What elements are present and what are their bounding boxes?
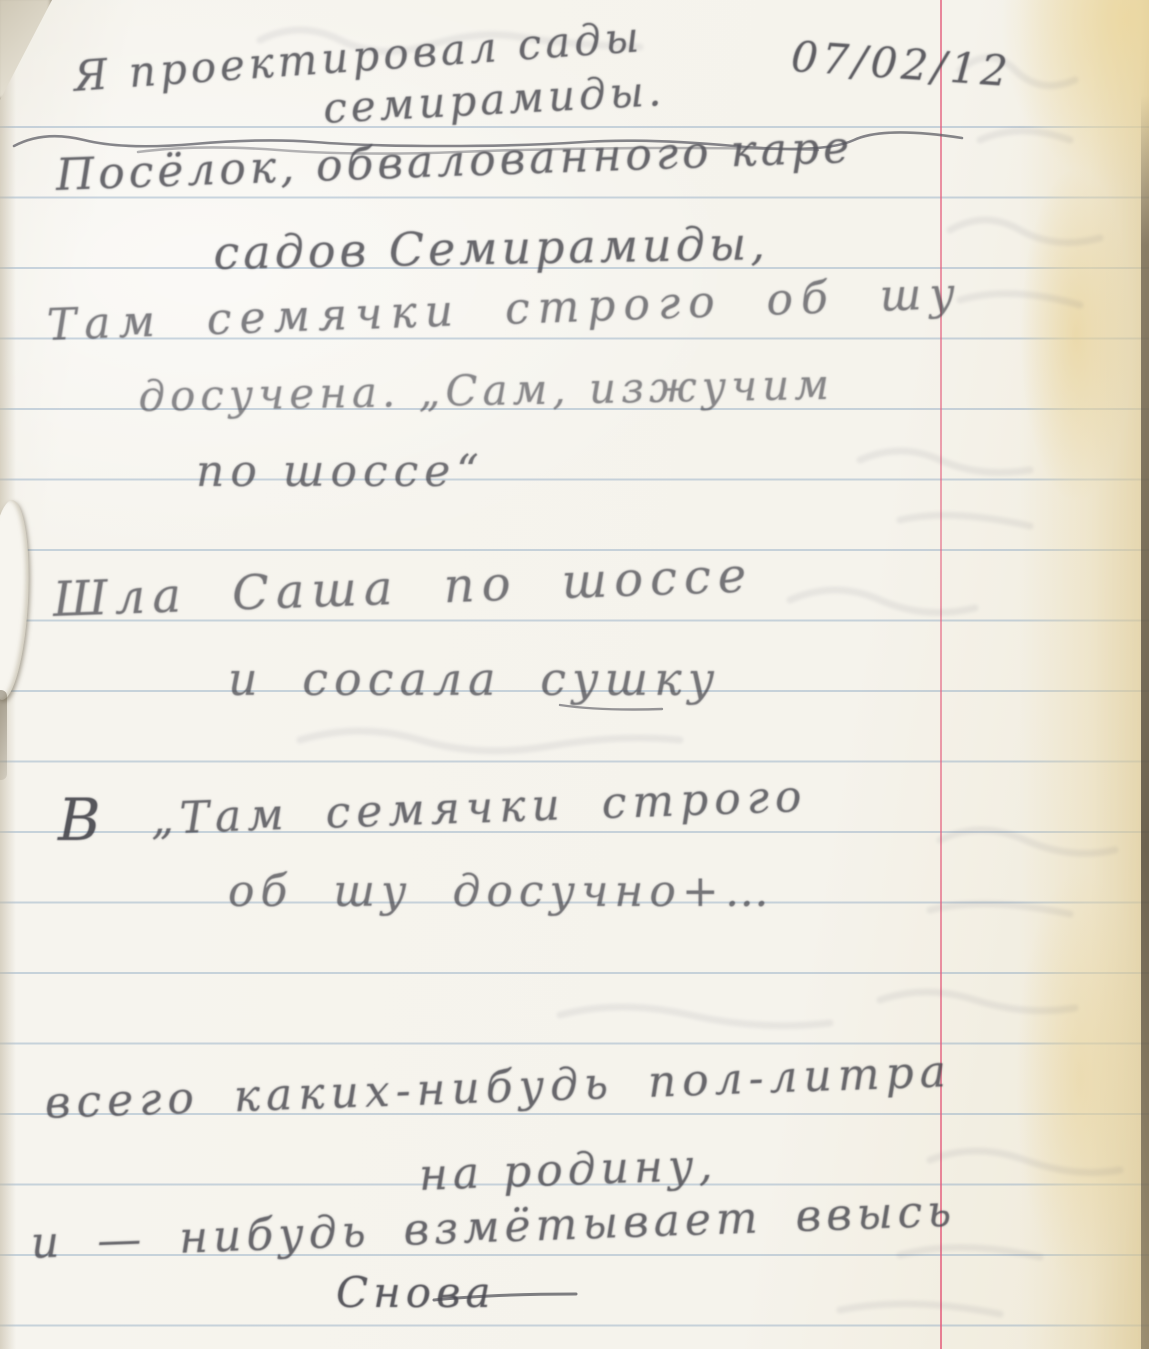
stain-blob	[1015, 869, 1145, 1289]
right-edge-stain	[1019, 0, 1149, 1349]
torn-edge-notch	[0, 690, 7, 780]
page-edge-shadow	[1141, 95, 1149, 1349]
handwritten-line: Посёлок, обвалованного каре	[55, 122, 854, 201]
handwritten-line: садов Семирамиды,	[213, 216, 769, 280]
handwritten-line: „Там семячки строго	[150, 771, 808, 845]
margin-letter: В	[58, 786, 103, 854]
torn-edge-flap	[0, 499, 33, 701]
top-right-stain	[999, 0, 1149, 190]
handwritten-line: Шла Саша по шоссе	[52, 548, 754, 628]
left-edge-shading	[0, 0, 16, 1349]
inserted-word: Снова	[336, 1268, 496, 1317]
handwritten-line: по шоссе“	[196, 446, 485, 497]
handwritten-line: всего каких-нибудь пол-литра	[44, 1046, 953, 1129]
handwritten-line: и сосала сушку	[228, 652, 720, 706]
notebook-page: 07/02/12 Я проектировал сады семирамиды.…	[0, 0, 1149, 1349]
handwritten-line: Там семячки строго об шу	[46, 268, 964, 351]
folded-corner	[0, 0, 52, 100]
handwritten-line: на родину,	[418, 1140, 718, 1201]
handwritten-line: досучена. „Сам, изжучим	[138, 360, 834, 421]
margin-line	[940, 0, 942, 1349]
stain-blob	[1021, 170, 1131, 500]
handwritten-line: об шу досучно+…	[228, 866, 775, 917]
date-annotation: 07/02/12	[790, 32, 1014, 96]
